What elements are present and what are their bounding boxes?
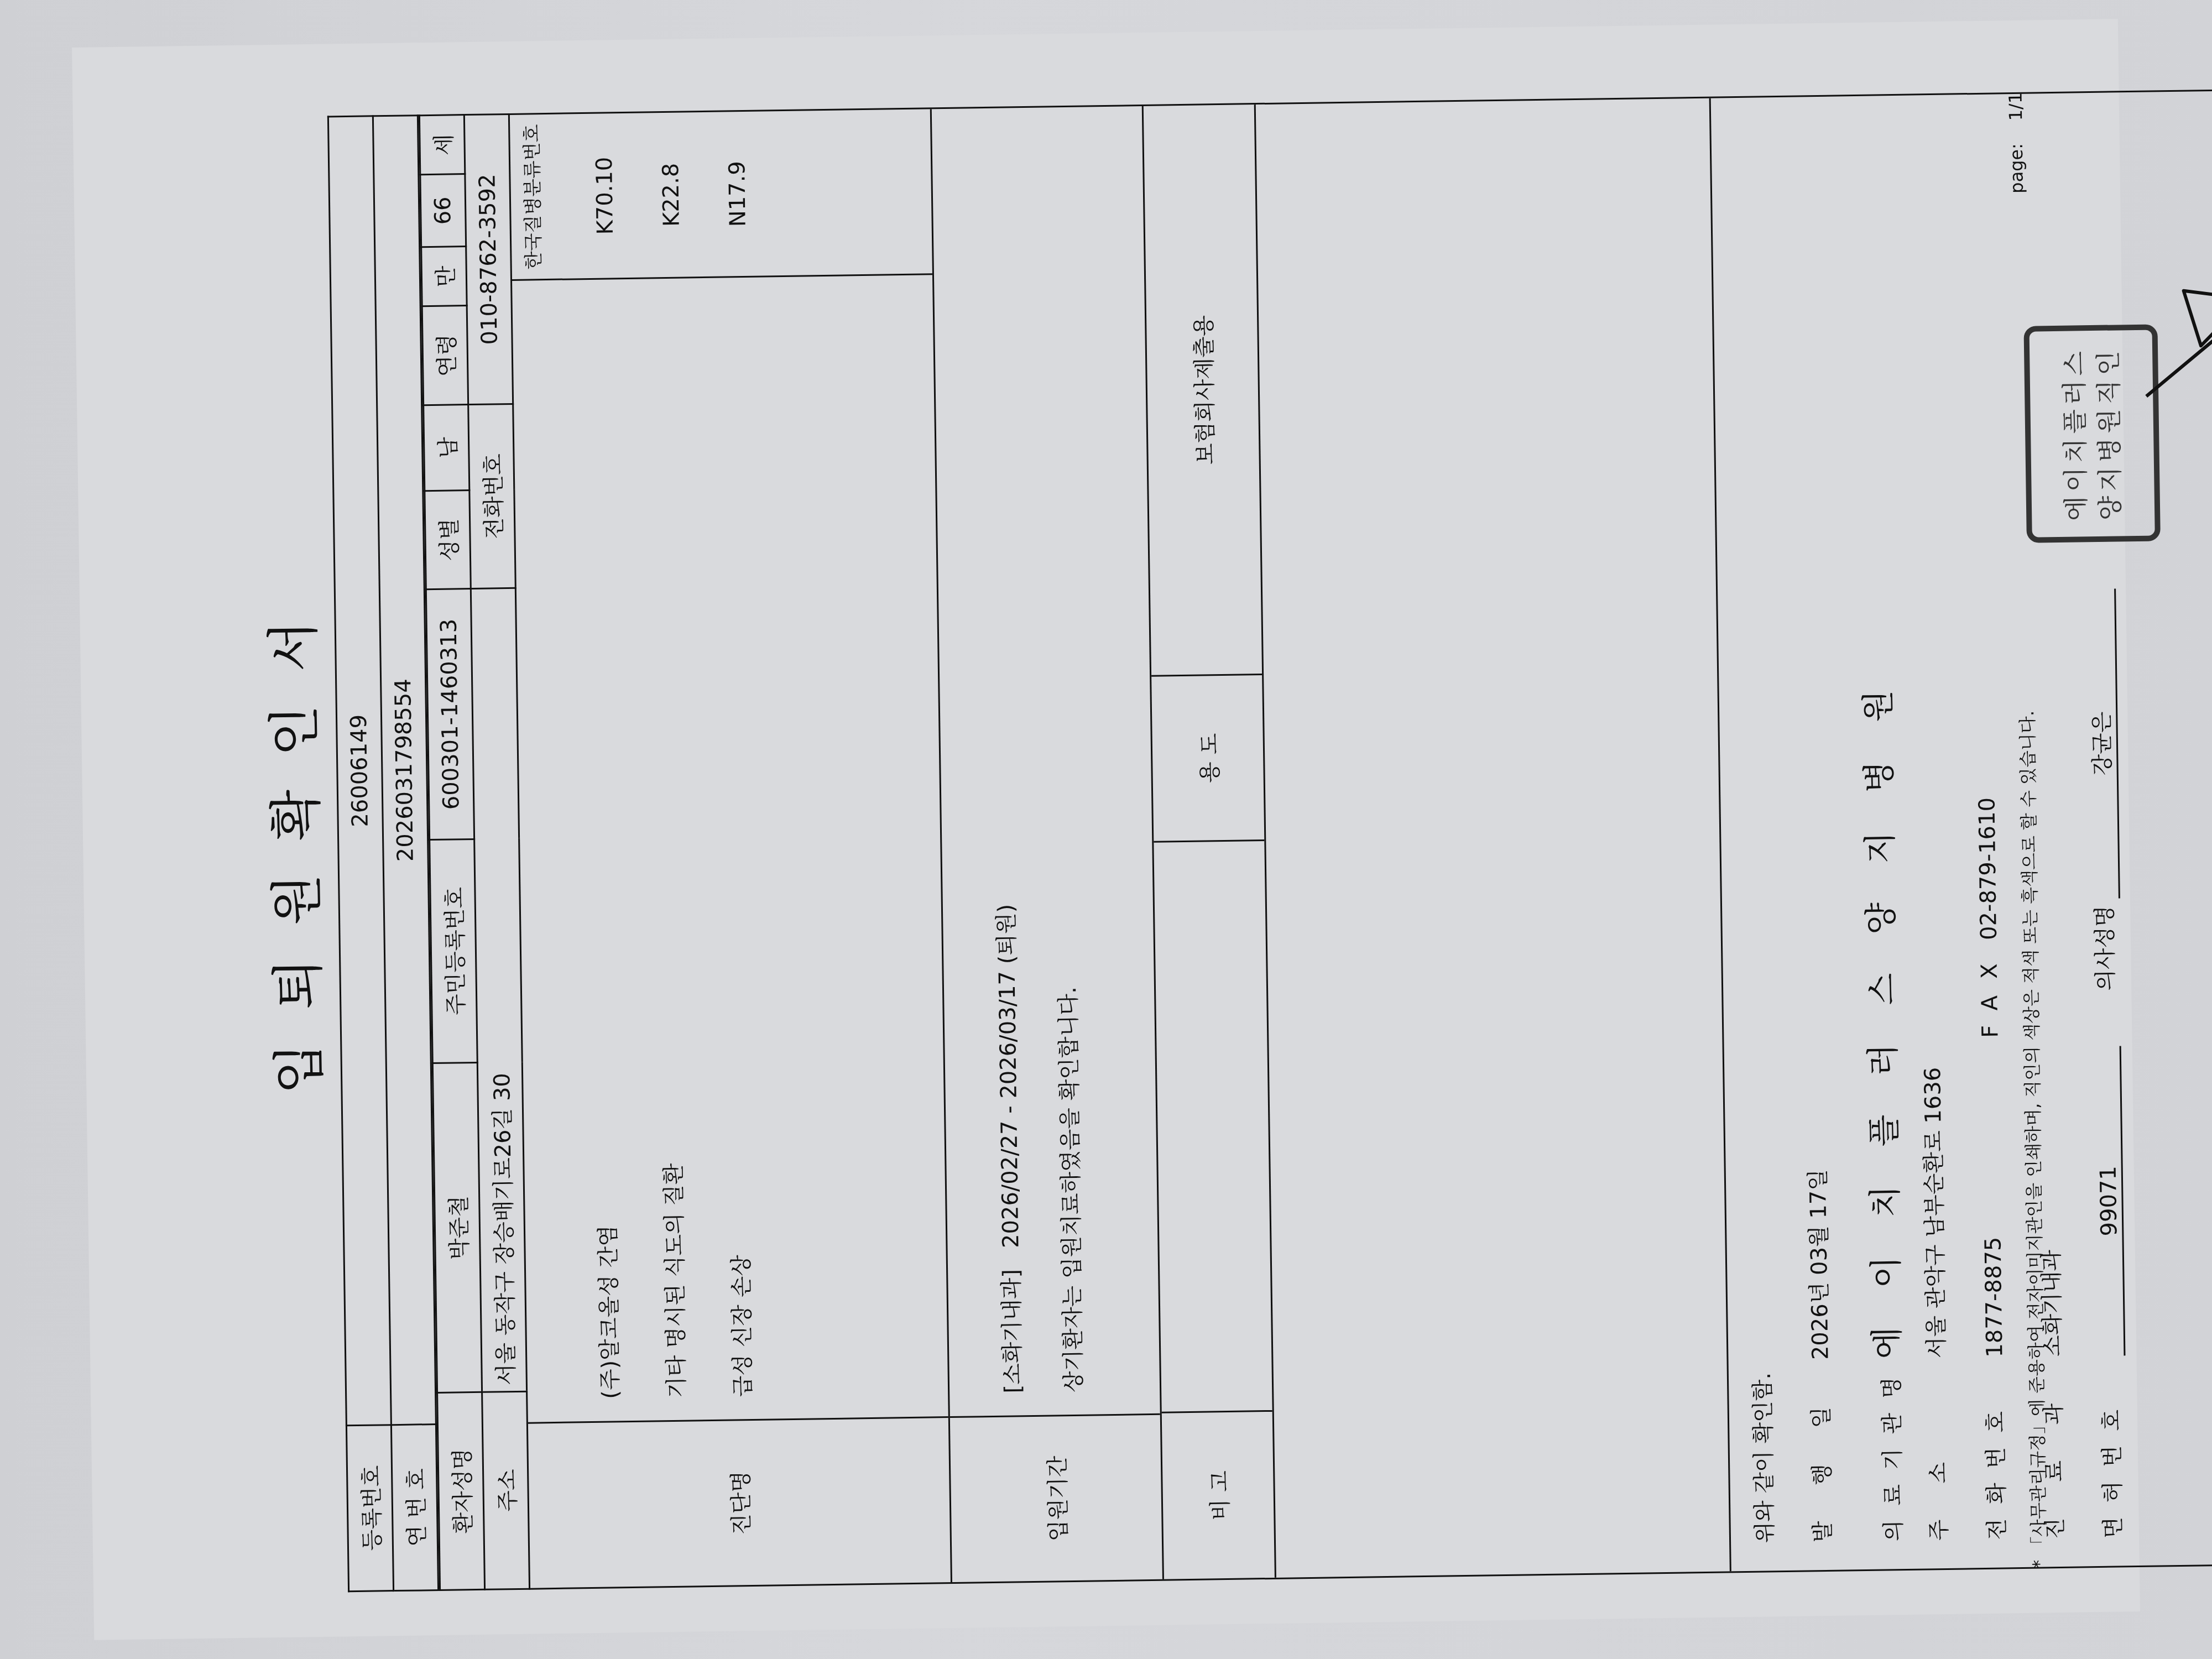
admission-body: [소화기내과] 2026/02/27 - 2026/03/17 (퇴원) 상기환… [932,106,1160,1416]
diagnosis-section: 진단명 (주)알코올성 간염 기타 명시된 식도의 질환 급성 신장 손상 한국… [510,109,952,1588]
purpose-value: 보험회사제출용 [1144,105,1262,677]
seal-text: 에이치플러스양지병원직인 [2057,333,2128,534]
kcd-code-header: 한국질병분류번호 [510,114,573,279]
institution-phone: 1877-8875 [1980,1237,2007,1358]
admission-period: 2026/02/27 - 2026/03/17 (퇴원) [994,904,1024,1248]
institution-address-label: 주 소 [1919,1358,1953,1541]
phone-label: 전화번호 [468,404,516,588]
diagnosis-label: 진단명 [528,1416,951,1588]
remarks-value [1154,841,1272,1413]
page-label: page: [2006,143,2027,194]
admission-label: 입원기간 [950,1413,1162,1582]
diagnosis-names: (주)알코올성 간염 기타 명시된 식도의 질환 급성 신장 손상 [512,275,948,1422]
fax-value: 02-879-1610 [1974,797,2002,941]
diagnosis-codes: 한국질병분류번호 K70.10 K22.8 N17.9 [510,109,932,281]
address-label: 주소 [482,1391,530,1589]
issuer-section: 위와 같이 확인함. 발 행 일 2026년 03월 17일 의료기관명 에이치… [1711,90,2212,1572]
signature-icon [2121,195,2212,408]
certificate-frame: 등록번호 26006149 연 번 호 2026031798554 환자성명 박… [327,93,2001,1592]
issuer-intro: 위와 같이 확인함. [1745,1373,1779,1543]
institution-address: 서울 관악구 남부순환로 1636 [1915,1067,1950,1358]
institution-phone-label: 전화번호 [1977,1357,2011,1540]
sex-label: 성별 [425,490,471,589]
age-value: 66 [420,174,466,247]
sex-value: 남 [424,404,469,491]
rrn-label: 주민등록번호 [430,839,478,1063]
certificate-body: 진단명 (주)알코올성 간염 기타 명시된 식도의 질환 급성 신장 손상 한국… [510,88,2212,1590]
blank-area [1256,98,1731,1578]
discharge-certificate-page: 입퇴원확인서 등록번호 26006149 연 번 호 2026031798554… [72,19,2140,1640]
remarks-label: 비 고 [1162,1412,1275,1579]
document-title: 입퇴원확인서 [243,44,341,1638]
rrn-value: 600301-1460313 [426,589,474,840]
kcd-code: N17.9 [703,111,772,276]
license-label: 면허번호 [2093,1355,2127,1538]
issue-date-label: 발 행 일 [1803,1360,1838,1543]
kcd-code: K70.10 [571,113,639,279]
issue-date-value: 2026년 03월 17일 [1801,1169,1835,1360]
doctor-label: 의사성명 [2087,905,2120,991]
purpose-label: 용 도 [1151,675,1264,843]
kcd-code: K22.8 [637,112,706,278]
remarks-section: 비 고 용 도 보험회사제출용 [1144,105,1276,1579]
admission-section: 입원기간 [소화기내과] 2026/02/27 - 2026/03/17 (퇴원… [932,106,1164,1582]
age-label: 연령 [422,306,468,405]
institution-label: 의료기관명 [1874,1359,1908,1542]
institution-name: 에이치플러스양지병원 [1851,651,1909,1359]
phone-value: 010-8762-3592 [464,114,513,404]
serial-no-label: 연 번 호 [391,1425,438,1591]
patient-name-label: 환자성명 [437,1392,485,1590]
page-number: 1/1 [2005,92,2027,121]
doctor-name: 강균은 [2083,588,2120,899]
fax-label: FAX [1976,947,2003,1038]
admission-department: [소화기내과] [999,1269,1026,1394]
license-value: 99071 [2094,1046,2126,1356]
age-suffix: 세 [419,115,465,175]
age-prefix: 만 [421,247,467,306]
reg-no-label: 등록번호 [346,1425,393,1592]
patient-name-value: 박준철 [432,1063,482,1392]
